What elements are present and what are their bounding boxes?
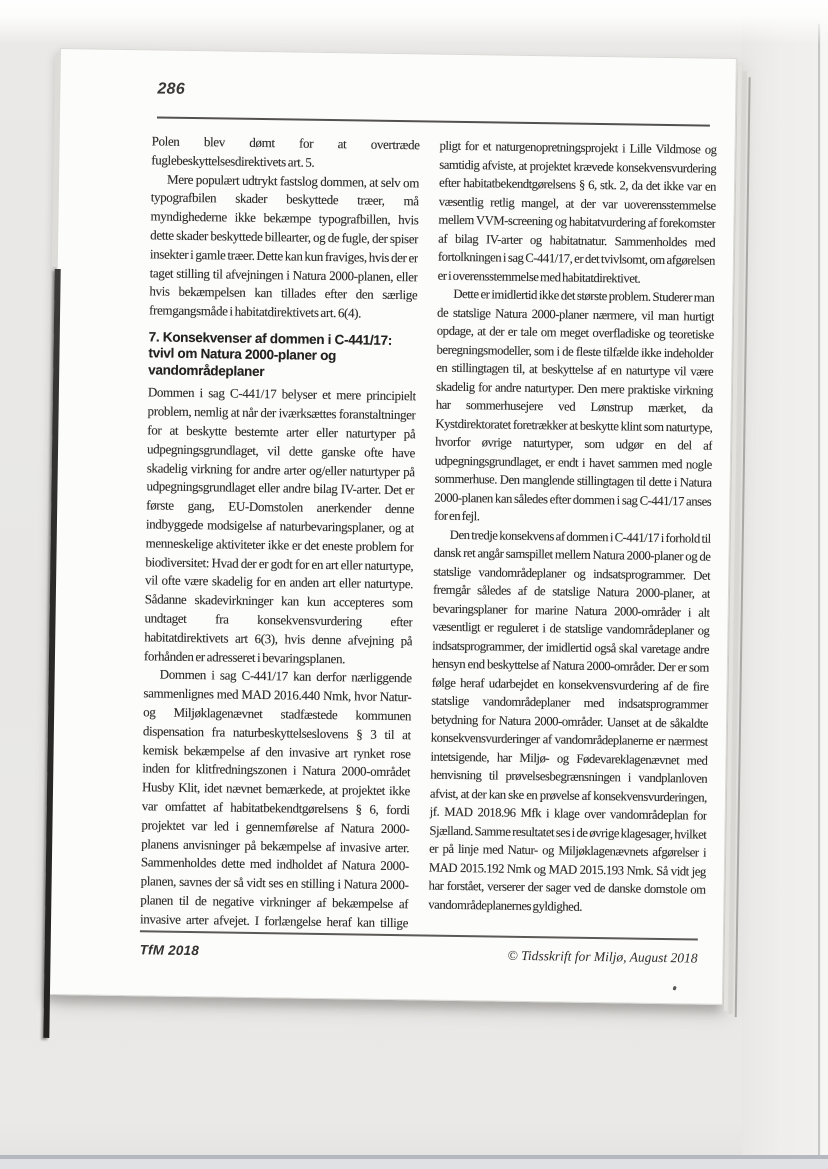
paragraph: Den tredje konsekvens af dommen i C-441/… — [428, 525, 711, 918]
paragraph: pligt for et naturgenopretningsprojekt i… — [438, 137, 717, 289]
paragraph: Mere populært udtrykt fastslog dommen, a… — [149, 170, 419, 324]
footer: TfM 2018 © Tidsskrift for Miljø, August … — [140, 942, 698, 966]
heading-line: vandområdeplaner — [148, 362, 416, 382]
paragraph: Dette er imidlertid ikke det største pro… — [434, 285, 715, 530]
right-column: pligt for et naturgenopretningsprojekt i… — [428, 137, 717, 939]
paragraph: Dommen i sag C-441/17 kan derfor nærligg… — [140, 666, 412, 935]
scanner-right-edge-line — [818, 24, 820, 1159]
ink-speck — [673, 986, 677, 991]
scanner-right-margin — [821, 0, 828, 1169]
paper-sheet: 286 Polen blev dømt for at overtræde fug… — [46, 48, 737, 1005]
page-left-edge — [52, 55, 60, 267]
spine-shadow — [43, 269, 60, 1038]
header-rule — [157, 116, 710, 126]
page-number: 286 — [157, 80, 185, 98]
footer-copyright: © Tidsskrift for Miljø, August 2018 — [507, 948, 697, 967]
scan-background-right — [742, 0, 828, 1169]
scan-top-highlight — [0, 0, 828, 44]
paragraph: Polen blev dømt for at overtræde fuglebe… — [151, 132, 420, 174]
paragraph: Dommen i sag C-441/17 belyser et mere pr… — [144, 384, 416, 670]
scanned-journal-page: 286 Polen blev dømt for at overtræde fug… — [0, 0, 828, 1169]
footer-journal-label: TfM 2018 — [140, 942, 200, 959]
section-heading: 7. Konsekvenser af dommen i C-441/17: tv… — [148, 329, 417, 382]
scanner-bottom-strip — [0, 1159, 828, 1169]
left-column: Polen blev dømt for at overtræde fuglebe… — [140, 132, 420, 934]
